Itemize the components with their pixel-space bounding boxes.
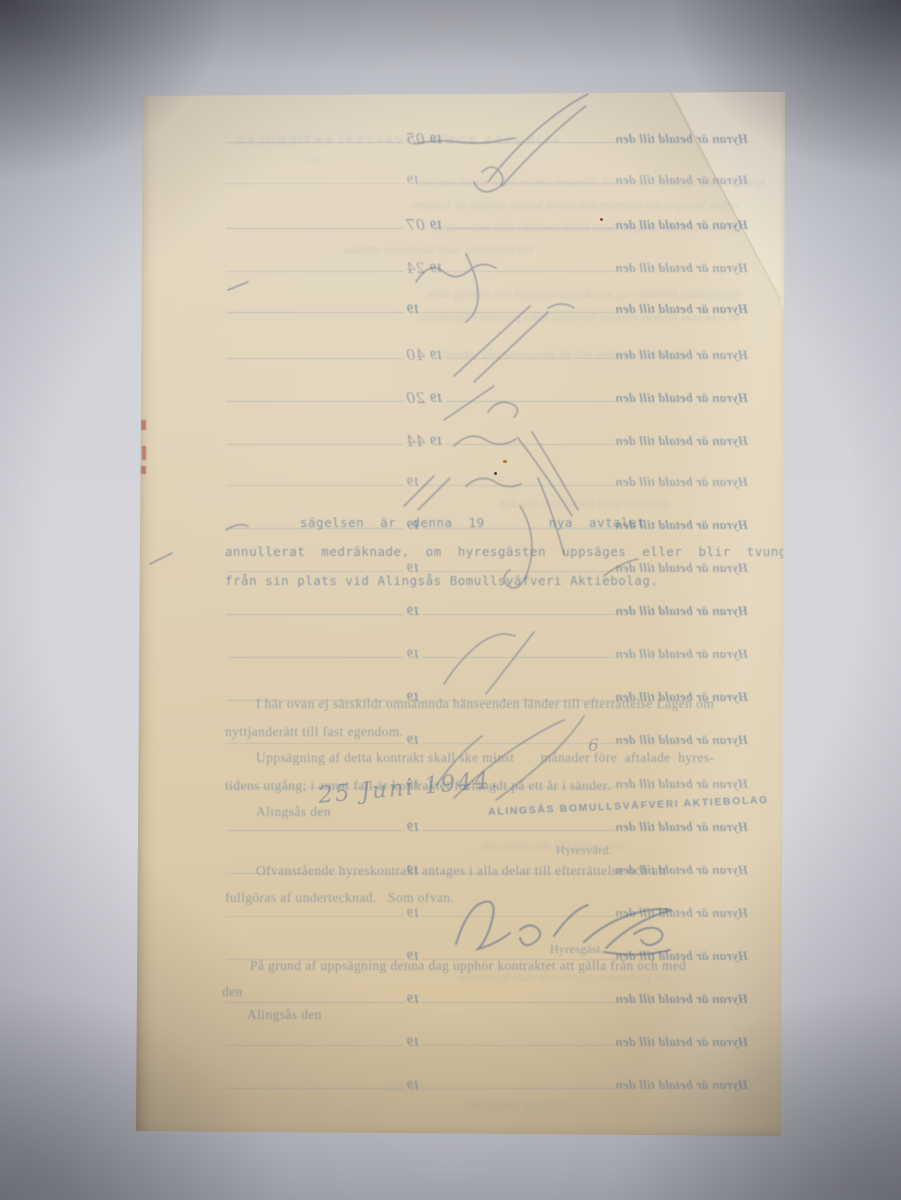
paper-speck <box>503 460 507 463</box>
pencil-tick-4 <box>604 559 638 576</box>
pencil-tick-1 <box>228 282 248 290</box>
pencil-tick-3 <box>150 553 172 564</box>
pencil-entry-9 <box>436 716 584 800</box>
red-mark <box>141 466 146 474</box>
paper-speck <box>600 218 603 221</box>
pencil-entry-4 <box>444 386 518 420</box>
red-mark <box>142 446 146 460</box>
photo-backdrop: ALINGSÅS BOMULLSVÄFVERI AKTIEBOLAGN:ohyr… <box>0 0 901 1200</box>
handwriting-marks <box>136 86 787 1140</box>
pencil-entry-2 <box>416 254 496 322</box>
document-sheet: ALINGSÅS BOMULLSVÄFVERI AKTIEBOLAGN:ohyr… <box>136 86 787 1140</box>
pencil-entry-8 <box>444 632 534 694</box>
red-mark <box>141 420 146 430</box>
pencil-tick-2 <box>226 525 248 530</box>
pencil-entry-5 <box>454 432 578 516</box>
pencil-entry-7 <box>504 506 532 588</box>
pencil-entry-6 <box>404 476 564 554</box>
tenant-signature <box>456 902 672 955</box>
paper-speck <box>494 472 497 475</box>
pencil-dash-entry <box>415 138 515 144</box>
